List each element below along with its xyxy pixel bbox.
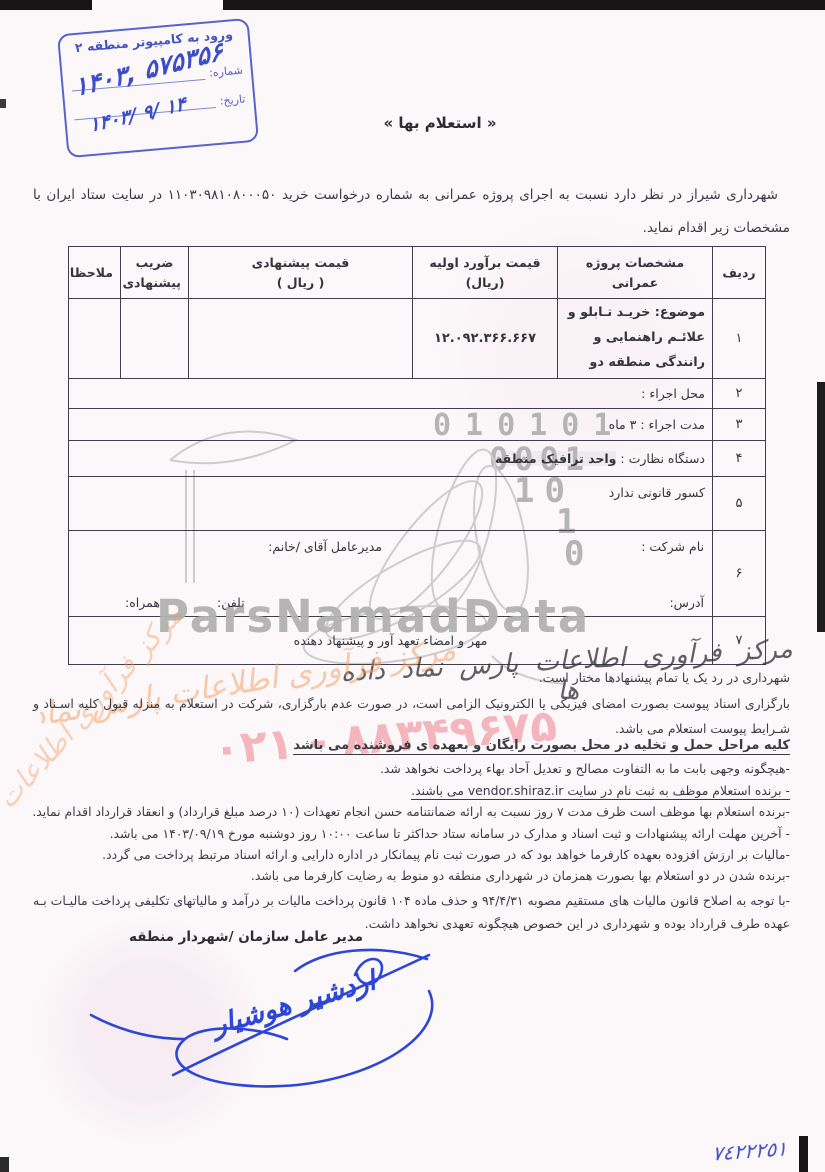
row1-subject: موضوع: خریـد تـابلو و علائـم راهنمایی و …	[558, 299, 713, 379]
col-header-coefficient: ضریب پیشنهادی	[121, 247, 189, 299]
row5-legal-deductions: کسور قانونی ندارد	[69, 476, 713, 530]
row6-mobile-label: همراه:	[125, 595, 160, 610]
term-line-3: کلیه مراحل حمل و تخلیه در محل بصورت رایگ…	[33, 737, 790, 753]
row1-coefficient-empty	[121, 299, 189, 379]
row1-notes-empty	[69, 299, 121, 379]
col-header-estimate: قیمت برآورد اولیه (ریال)	[413, 247, 558, 299]
row6-address-label: آدرس:	[669, 595, 704, 610]
term-line-3-text: کلیه مراحل حمل و تخلیه در محل بصورت رایگ…	[293, 738, 790, 755]
row6-manager-label: مدیرعامل آقای /خانم:	[268, 539, 382, 554]
row2-number: ۲	[713, 378, 766, 408]
col-header-proposed-line1: قیمت پیشنهادی	[196, 253, 405, 272]
term-line-6: -برنده استعلام بها موظف است ظرف مدت ۷ رو…	[33, 804, 790, 819]
term-line-8: -مالیات بر ارزش افزوده بعهده کارفرما خوا…	[33, 847, 790, 862]
table-row-5: ۵ کسور قانونی ندارد	[69, 476, 766, 530]
archive-number-handwritten: ٧٤٢٢٢٥١	[712, 1136, 788, 1165]
watermark-brand-latin: ParsNamadData	[156, 590, 590, 643]
row6-number: ۶	[713, 530, 766, 616]
col-header-spec: مشخصات پروژه عمرانی	[558, 247, 713, 299]
row3-number: ۳	[713, 408, 766, 440]
term-line-5: - برنده استعلام موظف به ثبت نام در سایت …	[33, 783, 790, 798]
stamp-date-handwritten: ۱۴۰۳/ ۹/ ۱۴	[89, 93, 187, 137]
row4-number: ۴	[713, 440, 766, 476]
col-header-row: ردیف	[713, 247, 766, 299]
page-title: « استعلام بها »	[340, 114, 540, 132]
scan-edge-top	[223, 0, 825, 10]
scan-edge-left-dash	[0, 99, 6, 108]
row3-execution-duration: مدت اجراء : ۳ ماه	[69, 408, 713, 440]
col-header-proposed-line2: ( ریال )	[196, 273, 405, 292]
term-line-1: شهرداری در رد یک یا تمام پیشنهادها مختار…	[33, 670, 790, 685]
table-row-3: ۳ مدت اجراء : ۳ ماه	[69, 408, 766, 440]
scan-edge-bottom-left	[0, 1157, 9, 1172]
row1-proposed-price-empty	[189, 299, 413, 379]
term-line-4: -هیچگونه وجهی بابت ما به التفاوت مصالح و…	[33, 761, 790, 776]
row4-supervision-label: دستگاه نظارت :	[616, 451, 705, 466]
row4-supervision-unit: دستگاه نظارت : واحد ترافیک منطقه	[69, 440, 713, 476]
stamp-date-label: تاریخ:	[219, 92, 246, 107]
col-header-notes: ملاحظات	[69, 247, 121, 299]
term-line-2: بارگزاری اسناد پیوست بصورت امضای فیزیکی …	[33, 691, 790, 741]
table-row-1: ۱ موضوع: خریـد تـابلو و علائـم راهنمایی …	[69, 299, 766, 379]
scan-edge-bottom-right	[799, 1136, 808, 1172]
row4-supervision-value: واحد ترافیک منطقه	[495, 451, 616, 466]
scan-edge-top-left	[0, 0, 92, 10]
row1-number: ۱	[713, 299, 766, 379]
scanned-document-sheet: ورود به کامپیوتر منطقه ۲ شماره: تاریخ: ۱…	[0, 0, 825, 1172]
scan-edge-right-strip	[817, 382, 825, 632]
entry-stamp: ورود به کامپیوتر منطقه ۲ شماره: تاریخ: ۱…	[57, 18, 259, 158]
row6-company-name-label: نام شرکت :	[641, 539, 704, 554]
row5-number: ۵	[713, 476, 766, 530]
col-header-coefficient-line1: ضریب	[128, 253, 181, 272]
term-line-9: -برنده شدن در دو استعلام بها بصورت همزما…	[33, 868, 790, 883]
col-header-proposed: قیمت پیشنهادی ( ریال )	[189, 247, 413, 299]
col-header-coefficient-line2: پیشنهادی	[128, 273, 181, 292]
term-line-7: - آخرین مهلت ارائه پیشنهادات و ثبت اسناد…	[33, 826, 790, 841]
intro-paragraph: شهرداری شیراز در نظر دارد نسبت به اجرای …	[33, 179, 790, 245]
table-row-4: ۴ دستگاه نظارت : واحد ترافیک منطقه	[69, 440, 766, 476]
row1-estimate-price: ۱۲.۰۹۲.۳۶۶.۶۶۷	[413, 299, 558, 379]
row2-execution-place: محل اجراء :	[69, 378, 713, 408]
table-row-2: ۲ محل اجراء :	[69, 378, 766, 408]
term-line-5-text: - برنده استعلام موظف به ثبت نام در سایت …	[411, 783, 790, 800]
